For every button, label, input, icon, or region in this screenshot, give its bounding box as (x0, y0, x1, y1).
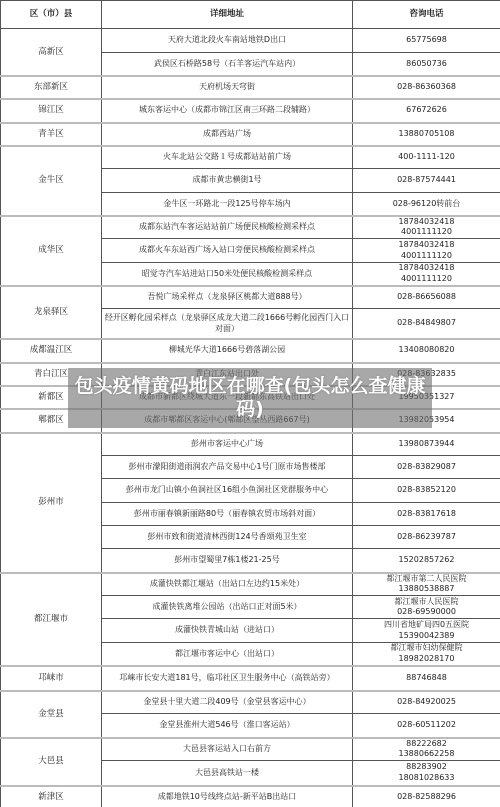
phone-cell: 15202857262 (353, 549, 500, 573)
address-cell: 成都西站广场 (102, 123, 353, 146)
address-cell: 金堂县淮州大道546号（淮口客运站） (102, 714, 353, 738)
phone-cell: 18784032418 4001111120 (353, 216, 500, 239)
table-row: 青羊区成都西站广场13880705108 (1, 123, 500, 146)
phone-cell: 88222682 13880662258 (353, 738, 500, 761)
header-phone: 咨询电话 (353, 1, 500, 29)
address-cell: 成都火车东站西广场入站口旁便民核酸检测采样点 (102, 239, 353, 263)
phone-cell: 都江堰市妇幼保健院 18982028170 (353, 643, 500, 666)
phone-cell: 028-96120转前台 (353, 193, 500, 216)
district-cell: 大邑县 (1, 738, 102, 786)
phone-cell: 18784032418 4001111120 (353, 239, 500, 263)
address-cell: 金牛区一环路北一段125号停车场内 (102, 193, 353, 216)
phone-cell: 028-86239787 (353, 526, 500, 549)
phone-cell: 88283902 18081028633 (353, 761, 500, 786)
phone-cell: 028-86360368 (353, 76, 500, 99)
phone-cell: 65775698 (353, 29, 500, 53)
district-cell: 成都温江区 (1, 339, 102, 363)
phone-cell: 028-83829087 (353, 456, 500, 479)
address-cell: 金堂县十里大道二段409号（金堂县客运中心） (102, 691, 353, 714)
address-cell: 吾悦广场采样点（龙泉驿区桃都大道888号） (102, 286, 353, 309)
table-row: 锦江区城东客运中心（成都市锦江区南三环路二段辅路）67672626 (1, 99, 500, 123)
address-cell: 火车北站公交路１号成都站站前广场 (102, 146, 353, 169)
district-cell: 金牛区 (1, 146, 102, 216)
phone-cell: 86050736 (353, 53, 500, 76)
phone-cell: 13880705108 (353, 123, 500, 146)
table-row: 金堂县金堂县十里大道二段409号（金堂县客运中心）028-84920025 (1, 691, 500, 714)
table-row: 高新区天府大道北段火车南站地铁D出口65775698 (1, 29, 500, 53)
table-row: 邛崃市邛崃市长安大道181号，临邛社区卫生服务中心（高铁站旁）88746848 (1, 666, 500, 691)
address-cell: 城东客运中心（成都市锦江区南三环路二段辅路） (102, 99, 353, 123)
phone-cell: 028-82588296 (353, 786, 500, 807)
district-cell: 高新区 (1, 29, 102, 76)
phone-cell: 028-84920025 (353, 691, 500, 714)
phone-cell: 028-86656088 (353, 286, 500, 309)
phone-cell: 67672626 (353, 99, 500, 123)
table-row: 成华区成都东站汽车客运站站前广场便民核酸检测采样点18784032418 400… (1, 216, 500, 239)
district-cell: 金堂县 (1, 691, 102, 738)
article-title: 包头疫情黄码地区在哪查(包头怎么查健康码) (74, 375, 426, 421)
address-cell: 彭州市致和街道清林西街124号香颂苑卫生室 (102, 526, 353, 549)
address-cell: 经开区孵化园采样点（龙泉驿区成龙大道二段1666号孵化园西门入口对面） (102, 309, 353, 339)
address-cell: 天府大道北段火车南站地铁D出口 (102, 29, 353, 53)
address-cell: 大邑县客运站入口右前方 (102, 738, 353, 761)
phone-cell: 18784032418 4001111120 (353, 263, 500, 286)
phone-cell: 028-87574441 (353, 169, 500, 193)
article-title-overlay: 包头疫情黄码地区在哪查(包头怎么查健康码) (68, 368, 432, 428)
phone-cell: 13980873944 (353, 433, 500, 456)
table-row: 金牛区火车北站公交路１号成都站站前广场400-1111-120 (1, 146, 500, 169)
phone-cell: 都江堰市第二人民医院 13880538887 (353, 573, 500, 596)
table-row: 成都温江区柳城光华大道1666号碧落湖公园13408080820 (1, 339, 500, 363)
district-cell: 锦江区 (1, 99, 102, 123)
phone-cell: 都江堰市人民医院 028-69590000 (353, 596, 500, 619)
district-cell: 东部新区 (1, 76, 102, 99)
address-cell: 成都东站汽车客运站站前广场便民核酸检测采样点 (102, 216, 353, 239)
phone-cell: 400-1111-120 (353, 146, 500, 169)
address-cell: 彭州市望蜀里7栋1楼21-25号 (102, 549, 353, 573)
address-cell: 彭州市客运中心广场 (102, 433, 353, 456)
address-cell: 成都市黄忠横街1号 (102, 169, 353, 193)
table-row: 彭州市彭州市客运中心广场13980873944 (1, 433, 500, 456)
phone-cell: 四川省地矿局四0五医院 15390042389 (353, 619, 500, 643)
district-cell: 新津区 (1, 786, 102, 807)
table-row: 都江堰市成灌快铁都江堰站（出站口左边约15米处）都江堰市第二人民医院 13880… (1, 573, 500, 596)
phone-cell: 88746848 (353, 666, 500, 691)
table-row: 新津区成都地铁10号线终点站-新平站B出站口028-82588296 (1, 786, 500, 807)
table-row: 大邑县大邑县客运站入口右前方88222682 13880662258 (1, 738, 500, 761)
address-cell: 邛崃市长安大道181号，临邛社区卫生服务中心（高铁站旁） (102, 666, 353, 691)
address-cell: 大邑县高铁站一楼 (102, 761, 353, 786)
address-cell: 昭觉寺汽车站进站口50米处便民核酸检测采样点 (102, 263, 353, 286)
phone-cell: 13408080820 (353, 339, 500, 363)
address-cell: 成灌快铁离堆公园站（出站口正对面5米） (102, 596, 353, 619)
address-cell: 成都地铁10号线终点站-新平站B出站口 (102, 786, 353, 807)
phone-cell: 028-83852120 (353, 479, 500, 503)
header-row: 区（市）县 详细地址 咨询电话 (1, 1, 500, 29)
district-cell: 都江堰市 (1, 573, 102, 666)
address-cell: 彭州市濛阳街道雨润农产品交易中心1号门原市场售楼部 (102, 456, 353, 479)
phone-cell: 028-60511202 (353, 714, 500, 738)
address-cell: 武侯区石桥路58号（石羊客运汽车站内） (102, 53, 353, 76)
address-cell: 彭州市丽春镇新丽路80号（丽春镇农贸市场斜对面） (102, 503, 353, 526)
district-cell: 龙泉驿区 (1, 286, 102, 339)
table-row: 龙泉驿区吾悦广场采样点（龙泉驿区桃都大道888号）028-86656088 (1, 286, 500, 309)
district-cell: 青羊区 (1, 123, 102, 146)
address-cell: 成灌快铁都江堰站（出站口左边约15米处） (102, 573, 353, 596)
district-cell: 成华区 (1, 216, 102, 286)
header-address: 详细地址 (102, 1, 353, 29)
address-cell: 天府机场天穹街 (102, 76, 353, 99)
address-cell: 成灌快铁青城山站（进站口） (102, 619, 353, 643)
district-cell: 邛崃市 (1, 666, 102, 691)
address-cell: 柳城光华大道1666号碧落湖公园 (102, 339, 353, 363)
address-cell: 彭州市龙门山镇小鱼洞社区16组小鱼洞社区党群服务中心 (102, 479, 353, 503)
address-cell: 都江堰市客运中心（出站口） (102, 643, 353, 666)
phone-cell: 028-84849807 (353, 309, 500, 339)
header-district: 区（市）县 (1, 1, 102, 29)
phone-cell: 028-83817618 (353, 503, 500, 526)
table-row: 东部新区天府机场天穹街028-86360368 (1, 76, 500, 99)
district-cell: 彭州市 (1, 433, 102, 573)
